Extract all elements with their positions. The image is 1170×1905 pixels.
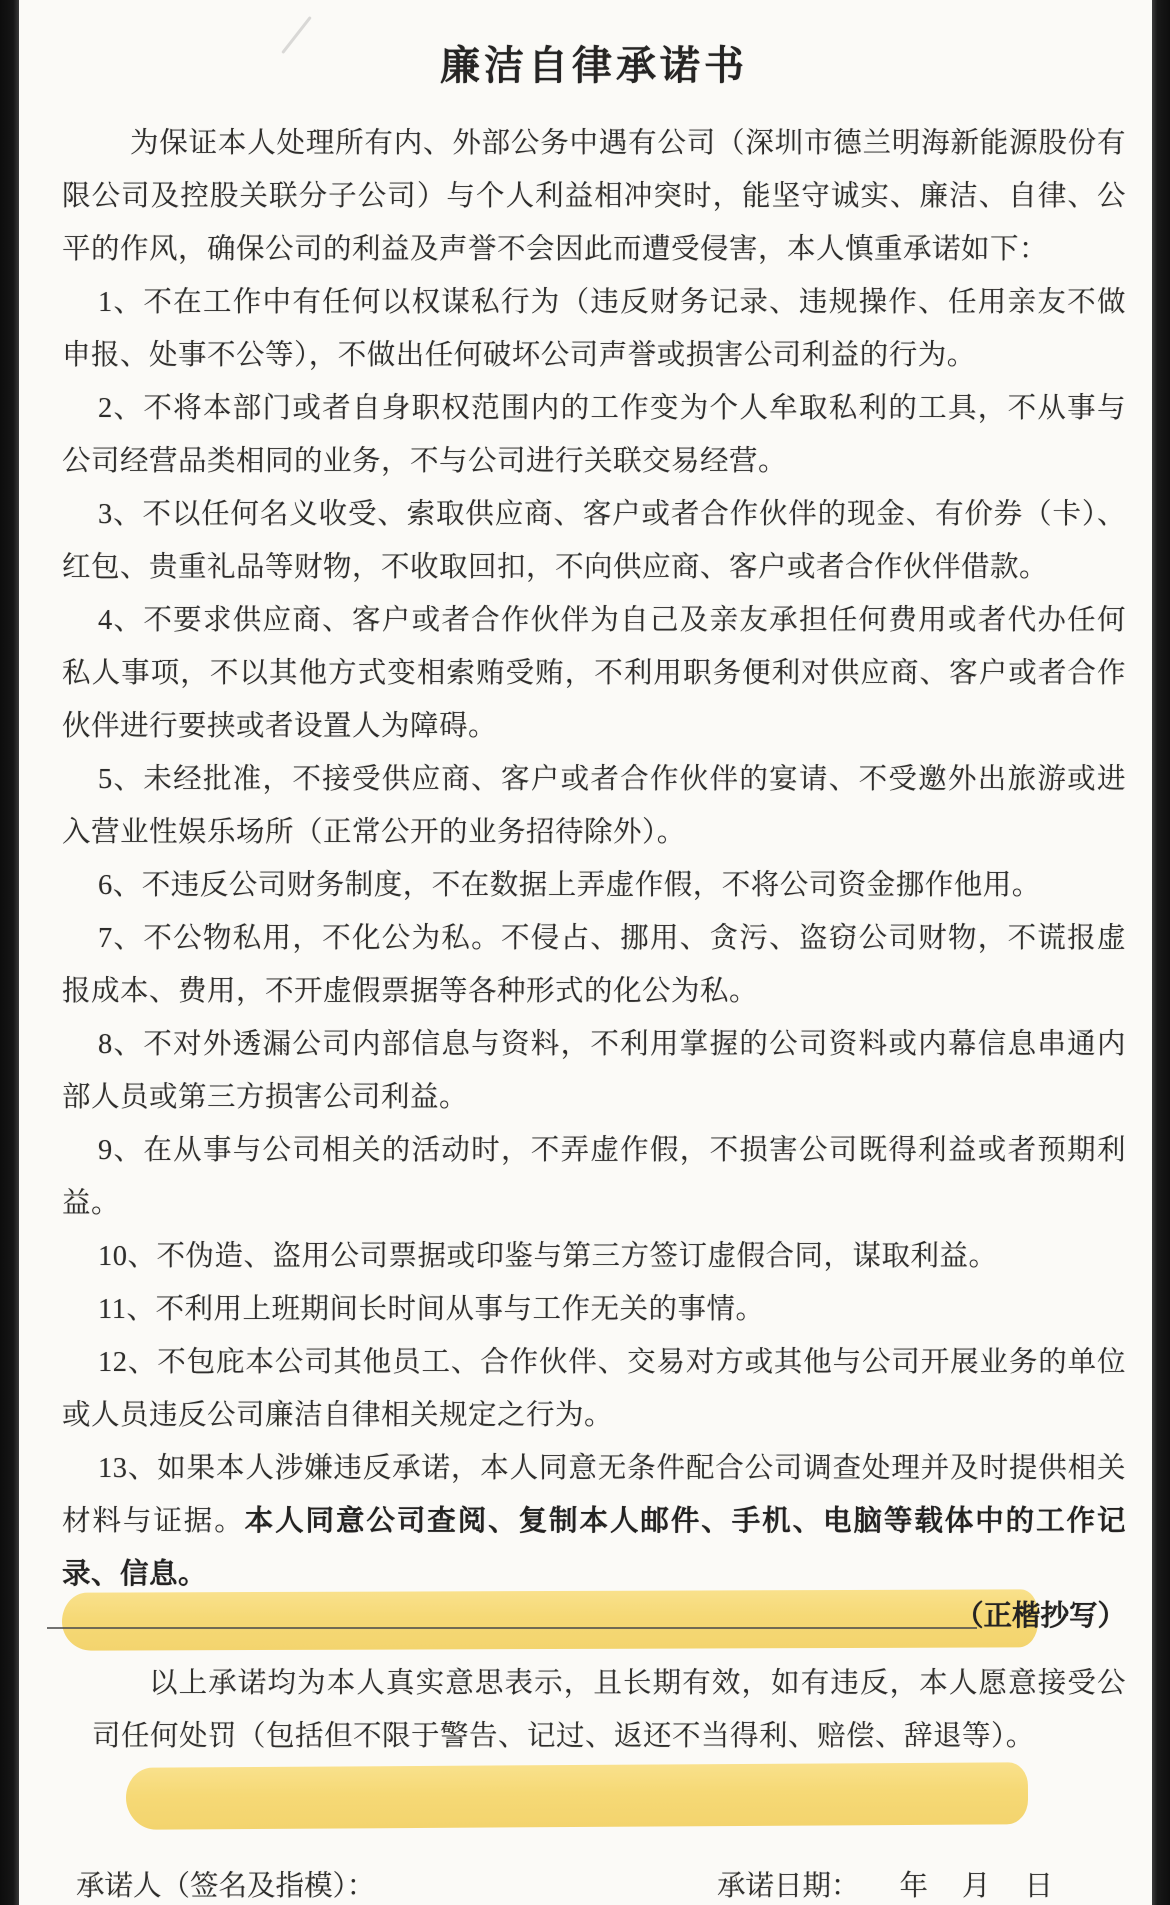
item-text: 不以任何名义收受、索取供应商、客户或者合作伙伴的现金、有价券（卡）、红包、贵重礼… <box>62 499 1126 583</box>
item-number: 4、 <box>98 605 143 636</box>
item-number: 7、 <box>98 923 143 954</box>
commitment-item-13: 13、如果本人涉嫌违反承诺，本人同意无条件配合公司调查处理并及时提供相关材料与证… <box>62 1442 1126 1601</box>
item-text: 不伪造、盗用公司票据或印鉴与第三方签订虚假合同，谋取利益。 <box>157 1241 998 1272</box>
document-title: 廉洁自律承诺书 <box>62 34 1126 91</box>
item-text: 在从事与公司相关的活动时，不弄虚作假，不损害公司既得利益或者预期利益。 <box>62 1135 1126 1219</box>
item-text: 不利用上班期间长时间从事与工作无关的事情。 <box>155 1294 764 1325</box>
item-text: 不违反公司财务制度，不在数据上弄虚作假，不将公司资金挪作他用。 <box>142 870 1041 901</box>
item-number: 1、 <box>98 287 143 318</box>
highlighter-mark-2 <box>126 1762 1028 1830</box>
item-text: 不公物私用，不化公为私。不侵占、挪用、贪污、盗窃公司财物，不谎报虚报成本、费用，… <box>62 923 1126 1007</box>
document-content: 廉洁自律承诺书 为保证本人处理所有内、外部公务中遇有公司（深圳市德兰明海新能源股… <box>62 0 1126 1905</box>
commitment-item-10: 10、不伪造、盗用公司票据或印鉴与第三方签订虚假合同，谋取利益。 <box>62 1230 1126 1283</box>
item-number: 12、 <box>98 1347 157 1378</box>
item-number: 11、 <box>98 1294 155 1325</box>
item-text: 不包庇本公司其他员工、合作伙伴、交易对方或其他与公司开展业务的单位或人员违反公司… <box>62 1347 1126 1431</box>
commitment-item-12: 12、不包庇本公司其他员工、合作伙伴、交易对方或其他与公司开展业务的单位或人员违… <box>62 1336 1126 1442</box>
item-number: 9、 <box>98 1135 143 1166</box>
date-label: 承诺日期： <box>717 1871 860 1902</box>
item-number: 8、 <box>98 1029 143 1060</box>
commitment-item-2: 2、不将本部门或者自身职权范围内的工作变为个人牟取私利的工具，不从事与公司经营品… <box>62 382 1126 488</box>
item-number: 10、 <box>98 1241 157 1272</box>
signature-footer: 承诺人（签名及指模）： 承诺日期：年月日 <box>62 1867 1126 1905</box>
closing-paragraph: 以上承诺均为本人真实意思表示，且长期有效，如有违反，本人愿意接受公司任何处罚（包… <box>92 1657 1126 1763</box>
commitment-item-6: 6、不违反公司财务制度，不在数据上弄虚作假，不将公司资金挪作他用。 <box>62 859 1126 912</box>
signer-label: 承诺人（签名及指模）： <box>76 1871 375 1902</box>
item-text: 不要求供应商、客户或者合作伙伴为自己及亲友承担任何费用或者代办任何私人事项，不以… <box>62 605 1126 742</box>
commitment-item-1: 1、不在工作中有任何以权谋私行为（违反财务记录、违规操作、任用亲友不做申报、处事… <box>62 276 1126 382</box>
intro-paragraph: 为保证本人处理所有内、外部公务中遇有公司（深圳市德兰明海新能源股份有限公司及控股… <box>62 117 1126 276</box>
date-year-label: 年 <box>900 1867 929 1905</box>
copy-note: （正楷抄写） <box>955 1593 1126 1634</box>
item-number: 6、 <box>98 870 142 901</box>
item-number: 3、 <box>98 499 142 530</box>
date-group: 承诺日期：年月日 <box>717 1867 1053 1905</box>
item-text: 不对外透漏公司内部信息与资料，不利用掌握的公司资料或内幕信息串通内部人员或第三方… <box>62 1029 1126 1113</box>
handwriting-underline <box>47 1627 977 1629</box>
screen-edge-right <box>1152 0 1170 1905</box>
commitment-item-7: 7、不公物私用，不化公为私。不侵占、挪用、贪污、盗窃公司财物，不谎报虚报成本、费… <box>62 912 1126 1018</box>
item-text: 未经批准，不接受供应商、客户或者合作伙伴的宴请、不受邀外出旅游或进入营业性娱乐场… <box>62 764 1126 848</box>
highlight-section-2 <box>62 1765 1126 1829</box>
screen-edge-left <box>0 0 19 1905</box>
commitment-item-8: 8、不对外透漏公司内部信息与资料，不利用掌握的公司资料或内幕信息串通内部人员或第… <box>62 1018 1126 1124</box>
date-month-label: 月 <box>962 1867 991 1905</box>
commitment-item-3: 3、不以任何名义收受、索取供应商、客户或者合作伙伴的现金、有价券（卡）、红包、贵… <box>62 488 1126 594</box>
item-text: 不将本部门或者自身职权范围内的工作变为个人牟取私利的工具，不从事与公司经营品类相… <box>62 393 1126 477</box>
commitment-item-9: 9、在从事与公司相关的活动时，不弄虚作假，不损害公司既得利益或者预期利益。 <box>62 1124 1126 1230</box>
item-text: 不在工作中有任何以权谋私行为（违反财务记录、违规操作、任用亲友不做申报、处事不公… <box>62 287 1126 371</box>
item-number: 5、 <box>98 764 143 795</box>
date-day-label: 日 <box>1025 1867 1054 1905</box>
highlighter-mark-1 <box>62 1589 1038 1650</box>
commitment-item-11: 11、不利用上班期间长时间从事与工作无关的事情。 <box>62 1283 1126 1336</box>
commitment-item-4: 4、不要求供应商、客户或者合作伙伴为自己及亲友承担任何费用或者代办任何私人事项，… <box>62 594 1126 753</box>
document-page: 廉洁自律承诺书 为保证本人处理所有内、外部公务中遇有公司（深圳市德兰明海新能源股… <box>0 0 1170 1905</box>
item-number: 2、 <box>98 393 143 424</box>
item-number: 13、 <box>98 1453 157 1484</box>
commitment-item-5: 5、未经批准，不接受供应商、客户或者合作伙伴的宴请、不受邀外出旅游或进入营业性娱… <box>62 753 1126 859</box>
copy-line-section: （正楷抄写） <box>62 1601 1126 1657</box>
